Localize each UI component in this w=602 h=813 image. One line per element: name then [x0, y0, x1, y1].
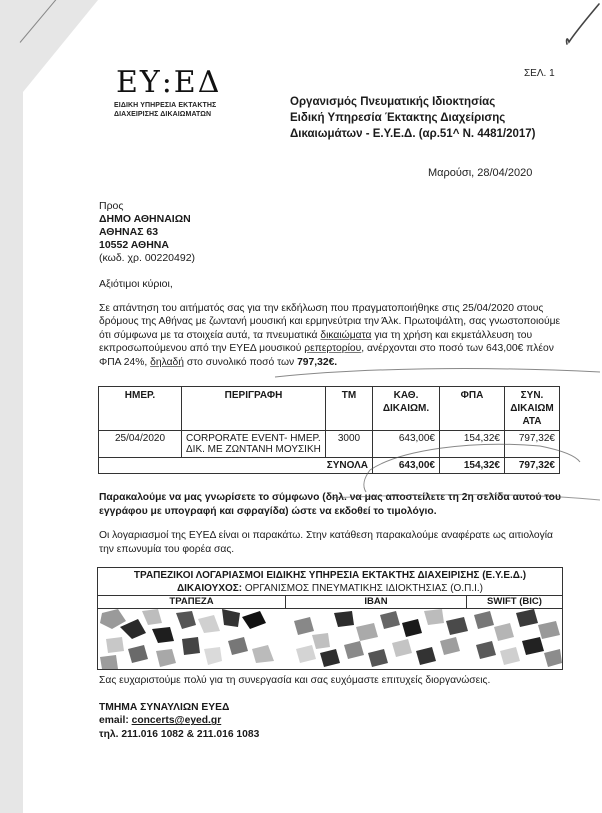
pixelation-mosaic	[98, 609, 562, 669]
header-total-rights: ΣΥΝ. ΔΙΚΑΙΩΜ ΑΤΑ	[505, 387, 560, 431]
row-sqm: 3000	[326, 431, 373, 458]
recipient-name: ΔΗΜΟ ΑΘΗΝΑΙΩΝ	[99, 213, 195, 226]
header-description: ΠΕΡΙΓΡΑΦΗ	[182, 387, 326, 431]
folded-corner	[23, 0, 98, 92]
row-date: 25/04/2020	[99, 431, 182, 458]
totals-net: 643,00€	[373, 458, 440, 474]
recipient-city: 10552 ΑΘΗΝΑ	[99, 239, 195, 252]
column-swift: SWIFT (BIC)	[467, 596, 562, 608]
signature-request: Παρακαλούμε να μας γνωρίσετε το σύμφωνο …	[99, 491, 569, 518]
eyed-logo: ΕΥ:ΕΔ ΕΙΔΙΚΗ ΥΠΗΡΕΣΙΑ ΕΚΤΑΚΤΗΣ ΔΙΑΧΕΙΡΙΣ…	[114, 68, 274, 119]
beneficiary-value: ΟΡΓΑΝΙΣΜΟΣ ΠΝΕΥΜΑΤΙΚΗΣ ΙΔΙΟΚΤΗΣΙΑΣ (Ο.Π.…	[242, 583, 483, 594]
header-vat: ΦΠΑ	[440, 387, 505, 431]
row-description: CORPORATE EVENT- ΗΜΕΡ. ΔΙΚ. ΜΕ ΖΩΝΤΑΝΗ Μ…	[182, 431, 326, 458]
recipient-street: ΑΘΗΝΑΣ 63	[99, 226, 195, 239]
handwritten-checkmark-icon	[563, 2, 602, 48]
bank-columns-header: ΤΡΑΠΕΖΑ IBAN SWIFT (BIC)	[98, 595, 562, 609]
org-line-2: Ειδική Υπηρεσία Έκτακτης Διαχείρισης	[290, 110, 536, 126]
invoice-header-row: ΗΜΕΡ. ΠΕΡΙΓΡΑΦΗ ΤΜ ΚΑΘ. ΔΙΚΑΙΩΜ. ΦΠΑ ΣΥΝ…	[99, 387, 560, 431]
email-line: email: concerts@eyed.gr	[99, 714, 259, 727]
logo-subtitle-line1: ΕΙΔΙΚΗ ΥΠΗΡΕΣΙΑ ΕΚΤΑΚΤΗΣ	[114, 101, 274, 110]
accounts-note: Οι λογαριασμοί της ΕΥΕΔ είναι οι παρακάτ…	[99, 529, 569, 556]
org-line-1: Οργανισμός Πνευματικής Ιδιοκτησίας	[290, 94, 536, 110]
organization-header: Οργανισμός Πνευματικής Ιδιοκτησίας Ειδικ…	[290, 94, 536, 142]
department-name: ΤΜΗΜΑ ΣΥΝΑΥΛΙΩΝ ΕΥΕΔ	[99, 701, 259, 714]
totals-total: 797,32€	[505, 458, 560, 474]
signature-block: ΤΜΗΜΑ ΣΥΝΑΥΛΙΩΝ ΕΥΕΔ email: concerts@eye…	[99, 701, 259, 741]
recipient-prefix: Προς	[99, 200, 195, 213]
email-link[interactable]: concerts@eyed.gr	[132, 715, 222, 726]
bank-accounts-box: ΤΡΑΠΕΖΙΚΟΙ ΛΟΓΑΡΙΑΣΜΟΙ ΕΙΔΙΚΗΣ ΥΠΗΡΕΣΙΑ …	[97, 567, 563, 670]
bank-box-title: ΤΡΑΠΕΖΙΚΟΙ ΛΟΓΑΡΙΑΣΜΟΙ ΕΙΔΙΚΗΣ ΥΠΗΡΕΣΙΑ …	[98, 568, 562, 582]
header-date: ΗΜΕΡ.	[99, 387, 182, 431]
invoice-table: ΗΜΕΡ. ΠΕΡΙΓΡΑΦΗ ΤΜ ΚΑΘ. ΔΙΚΑΙΩΜ. ΦΠΑ ΣΥΝ…	[98, 386, 560, 474]
header-net-rights: ΚΑΘ. ΔΙΚΑΙΩΜ.	[373, 387, 440, 431]
redacted-bank-details	[98, 609, 562, 669]
beneficiary-label: ΔΙΚΑΙΟΥΧΟΣ:	[177, 583, 242, 594]
body-underlined-1: δικαιώματα	[320, 330, 371, 341]
beneficiary-line: ΔΙΚΑΙΟΥΧΟΣ: ΟΡΓΑΝΙΣΜΟΣ ΠΝΕΥΜΑΤΙΚΗΣ ΙΔΙΟΚ…	[98, 582, 562, 595]
letter-date: Μαρούσι, 28/04/2020	[428, 167, 532, 179]
recipient-address: Προς ΔΗΜΟ ΑΘΗΝΑΙΩΝ ΑΘΗΝΑΣ 63 10552 ΑΘΗΝΑ…	[99, 200, 195, 265]
greeting: Αξιότιμοι κύριοι,	[99, 278, 173, 290]
row-total: 797,32€	[505, 431, 560, 458]
totals-vat: 154,32€	[440, 458, 505, 474]
thanks-line: Σας ευχαριστούμε πολύ για τη συνεργασία …	[99, 675, 490, 686]
org-line-3: Δικαιωμάτων - Ε.Υ.Ε.Δ. (αρ.51^ Ν. 4481/2…	[290, 126, 536, 142]
body-underlined-3: δηλαδή	[150, 357, 184, 368]
column-iban: IBAN	[286, 596, 467, 608]
header-sqm: ΤΜ	[326, 387, 373, 431]
totals-row: ΣΥΝΟΛΑ 643,00€ 154,32€ 797,32€	[99, 458, 560, 474]
table-row: 25/04/2020 CORPORATE EVENT- ΗΜΕΡ. ΔΙΚ. Μ…	[99, 431, 560, 458]
totals-label: ΣΥΝΟΛΑ	[99, 458, 373, 474]
body-text-4: στο συνολικό ποσό των	[184, 357, 297, 368]
scan-edge	[0, 0, 23, 813]
recipient-code: (κωδ. χρ. 00220492)	[99, 252, 195, 265]
phone-line: τηλ. 211.016 1082 & 211.016 1083	[99, 728, 259, 741]
row-vat: 154,32€	[440, 431, 505, 458]
column-bank: ΤΡΑΠΕΖΑ	[98, 596, 286, 608]
body-total: 797,32€.	[297, 357, 337, 368]
logo-mark: ΕΥ:ΕΔ	[114, 68, 274, 98]
body-paragraph: Σε απάντηση του αιτήματός σας για την εκ…	[99, 302, 569, 369]
email-label: email:	[99, 715, 132, 726]
row-net: 643,00€	[373, 431, 440, 458]
body-underlined-2: ρεπερτορίου	[304, 343, 361, 354]
logo-subtitle-line2: ΔΙΑΧΕΙΡΙΣΗΣ ΔΙΚΑΙΩΜΑΤΩΝ	[114, 110, 274, 119]
page-number: ΣΕΛ. 1	[524, 68, 555, 79]
